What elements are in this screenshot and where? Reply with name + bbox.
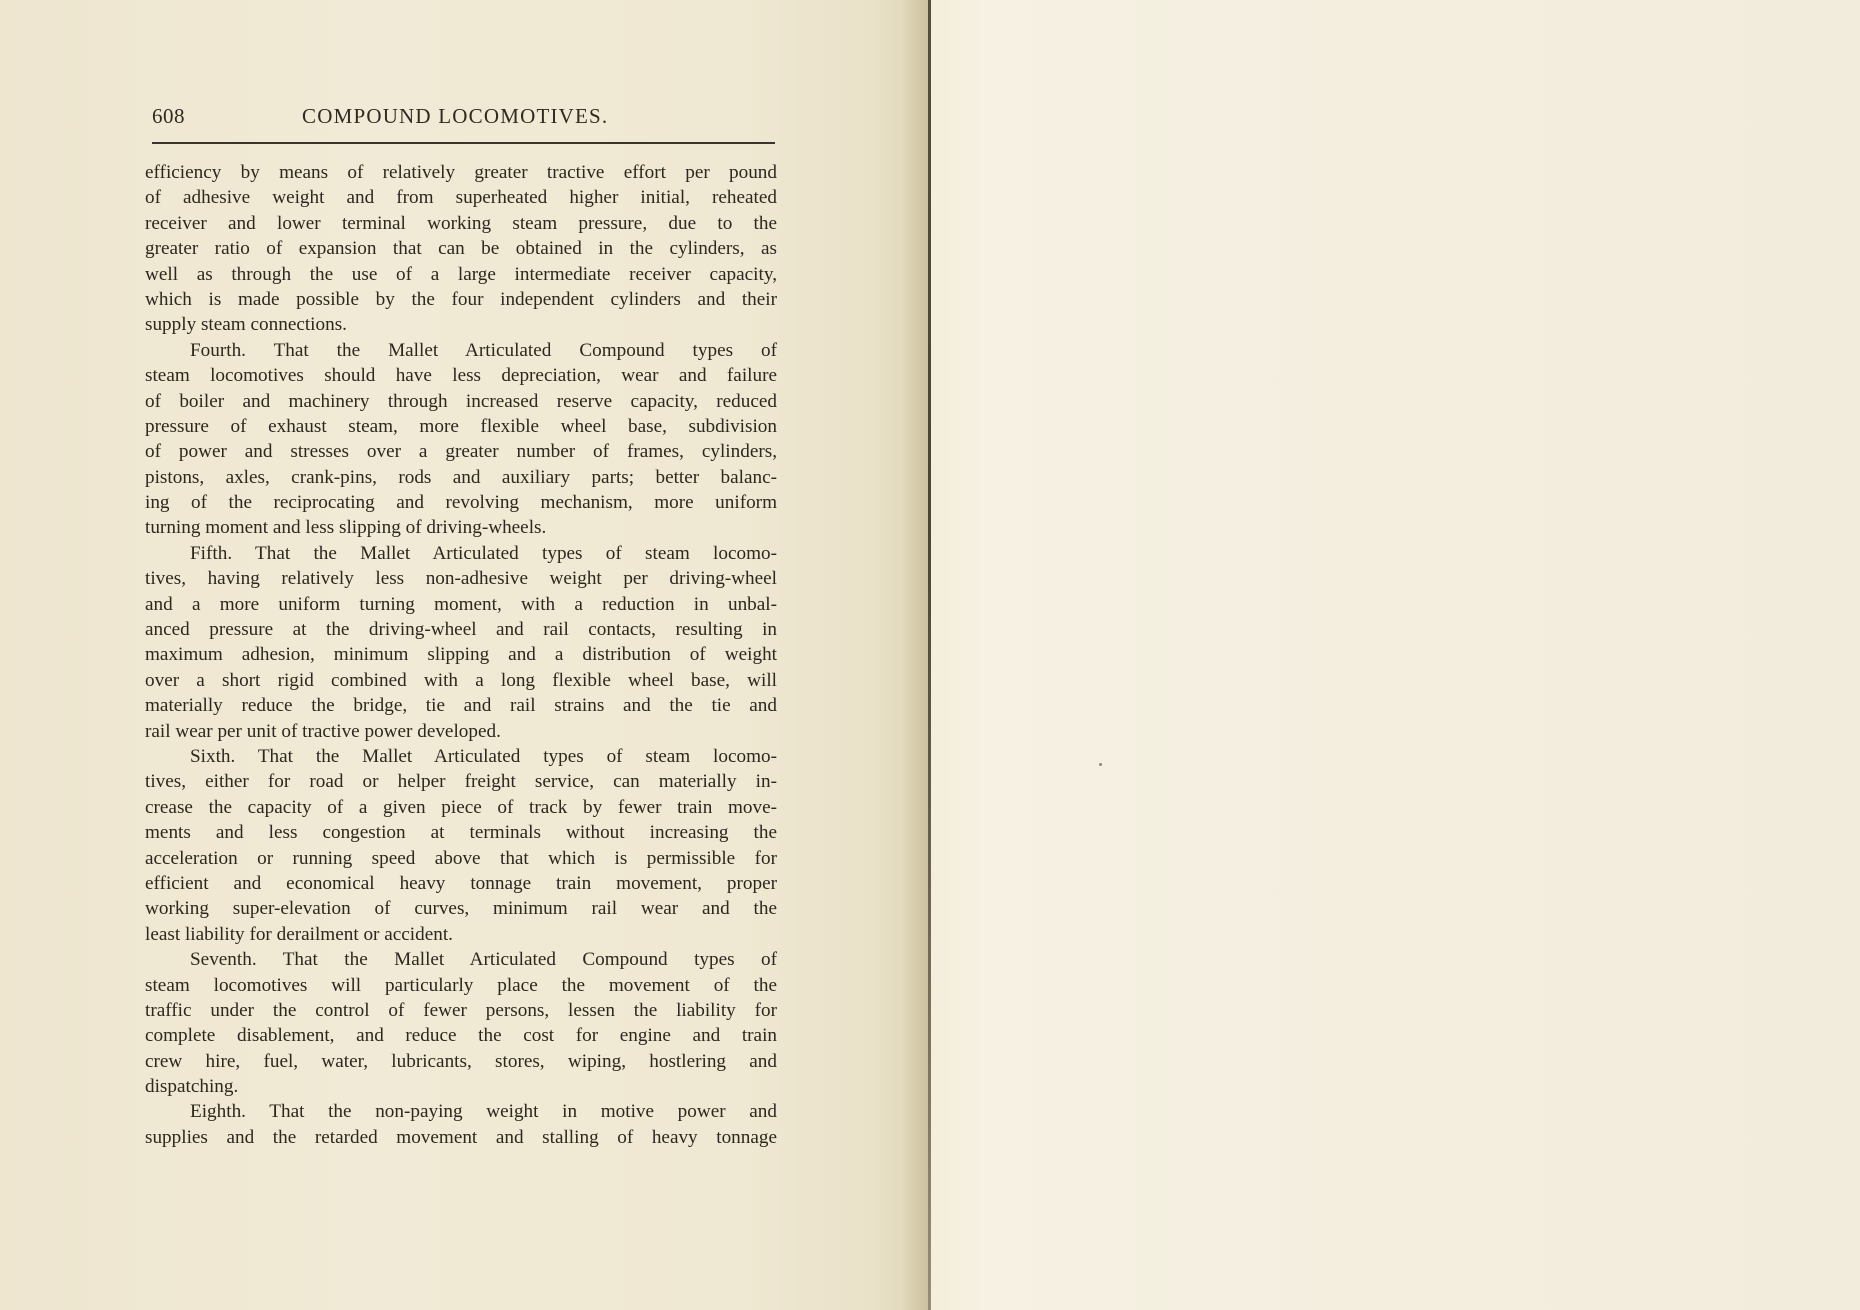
text-line: complete disablement, and reduce the cos… [145,1023,777,1048]
running-head: 608 COMPOUND LOCOMOTIVES. [152,104,775,134]
text-line: pressure of exhaust steam, more flexible… [145,414,777,439]
text-line: receiver and lower terminal working stea… [145,211,777,236]
left-page: 608 COMPOUND LOCOMOTIVES. efficiency by … [0,0,930,1310]
text-line: dispatching. [145,1074,777,1099]
text-line: and a more uniform turning moment, with … [145,592,777,617]
text-line: ing of the reciprocating and revolving m… [145,490,777,515]
text-line: traffic under the control of fewer perso… [145,998,777,1023]
text-line: least liability for derailment or accide… [145,922,777,947]
text-line: pistons, axles, crank-pins, rods and aux… [145,465,777,490]
text-line: materially reduce the bridge, tie and ra… [145,693,777,718]
text-line: supplies and the retarded movement and s… [145,1125,777,1150]
paper-speck [1099,763,1102,766]
text-line: efficient and economical heavy tonnage t… [145,871,777,896]
text-line: maximum adhesion, minimum slipping and a… [145,642,777,667]
text-line: steam locomotives should have less depre… [145,363,777,388]
text-line: ments and less congestion at terminals w… [145,820,777,845]
text-line: Fourth. That the Mallet Articulated Comp… [145,338,777,363]
text-line: turning moment and less slipping of driv… [145,515,777,540]
text-line: anced pressure at the driving-wheel and … [145,617,777,642]
text-line: tives, either for road or helper freight… [145,769,777,794]
header-rule [152,142,775,144]
text-line: steam locomotives will particularly plac… [145,973,777,998]
page-number: 608 [152,104,185,129]
text-line: well as through the use of a large inter… [145,262,777,287]
text-line: crease the capacity of a given piece of … [145,795,777,820]
text-line: tives, having relatively less non-adhesi… [145,566,777,591]
text-line: of boiler and machinery through increase… [145,389,777,414]
text-line: over a short rigid combined with a long … [145,668,777,693]
body-text: efficiency by means of relatively greate… [145,160,777,1150]
text-line: working super-elevation of curves, minim… [145,896,777,921]
text-line: Sixth. That the Mallet Articulated types… [145,744,777,769]
text-line: rail wear per unit of tractive power dev… [145,719,777,744]
text-line: Fifth. That the Mallet Articulated types… [145,541,777,566]
text-line: greater ratio of expansion that can be o… [145,236,777,261]
text-line: crew hire, fuel, water, lubricants, stor… [145,1049,777,1074]
text-line: Eighth. That the non-paying weight in mo… [145,1099,777,1124]
text-line: supply steam connections. [145,312,777,337]
book-spread: 608 COMPOUND LOCOMOTIVES. efficiency by … [0,0,1860,1310]
text-line: of adhesive weight and from superheated … [145,185,777,210]
text-line: which is made possible by the four indep… [145,287,777,312]
text-line: Seventh. That the Mallet Articulated Com… [145,947,777,972]
text-line: of power and stresses over a greater num… [145,439,777,464]
right-page-blank [931,0,1860,1310]
text-line: efficiency by means of relatively greate… [145,160,777,185]
text-line: acceleration or running speed above that… [145,846,777,871]
running-head-title: COMPOUND LOCOMOTIVES. [302,104,608,129]
gutter-shadow [900,0,928,1310]
